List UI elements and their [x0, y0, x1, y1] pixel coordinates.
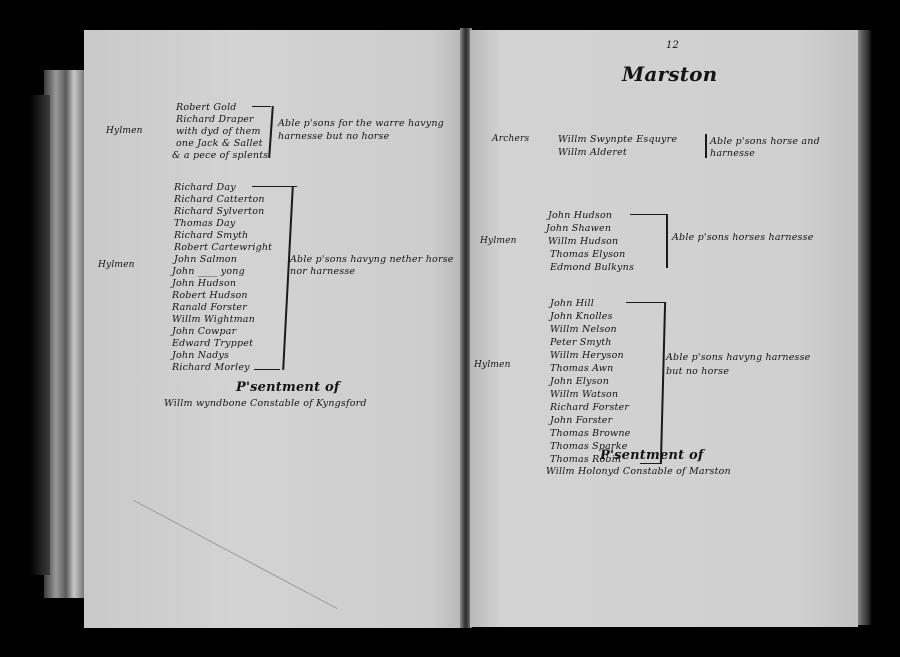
margin-label: Hylmen	[106, 126, 143, 136]
name-line: Willm Hudson	[548, 236, 618, 247]
name-line: & a pece of splents	[172, 150, 268, 161]
bracket-line	[705, 134, 707, 158]
name-line: Edward Tryppet	[172, 338, 253, 349]
bracket-line	[282, 186, 293, 370]
page-edge-shadow	[30, 95, 50, 575]
name-line: one Jack & Sallet	[176, 138, 263, 149]
bracket	[626, 302, 665, 303]
note-line: Able p'sons havyng nether horse	[290, 254, 454, 265]
name-line: John Hudson	[548, 210, 612, 221]
name-line: with dyd of them	[176, 126, 261, 137]
bracket	[254, 369, 280, 370]
name-line: John Elyson	[550, 376, 609, 387]
name-line: Willm Wightman	[172, 314, 255, 325]
bracket	[630, 214, 667, 215]
note-line: but no horse	[666, 366, 729, 377]
note-line: nor harnesse	[290, 266, 355, 277]
name-line: Richard Day	[174, 182, 236, 193]
bracket-line	[660, 302, 666, 464]
name-line: Richard Forster	[550, 402, 629, 413]
name-line: Willm Swynpte Esquyre	[558, 134, 677, 145]
name-line: Willm Heryson	[550, 350, 624, 361]
name-line: Willm Watson	[550, 389, 618, 400]
bracket	[640, 463, 661, 464]
bracket	[252, 106, 271, 107]
note-line: harnesse	[710, 148, 755, 159]
name-line: Thomas Elyson	[550, 249, 625, 260]
bracket-line	[666, 214, 668, 268]
note-line: Able p'sons horse and	[710, 136, 820, 147]
name-line: John Forster	[550, 415, 612, 426]
right-page: 12 Marston Archers Willm Swynpte Esquyre…	[470, 30, 858, 627]
paper-crease	[134, 500, 338, 609]
constable-line: Willm wyndbone Constable of Kyngsford	[164, 398, 367, 409]
name-line: Thomas Awn	[550, 363, 613, 374]
name-line: Willm Nelson	[550, 324, 617, 335]
note-line: Able p'sons horses harnesse	[672, 232, 814, 243]
name-line: Edmond Bulkyns	[550, 262, 634, 273]
name-line: Richard Sylverton	[174, 206, 264, 217]
margin-label: Archers	[492, 134, 529, 144]
name-line: Ranald Forster	[172, 302, 247, 313]
margin-label: Hylmen	[98, 260, 135, 270]
name-line: John Hudson	[172, 278, 236, 289]
name-line: John Nadys	[172, 350, 229, 361]
presentment-heading: P'sentment of	[600, 448, 704, 463]
page-edge-stack	[44, 70, 84, 598]
margin-label: Hylmen	[474, 360, 511, 370]
note-line: Able p'sons havyng harnesse	[666, 352, 811, 363]
name-line: Richard Catterton	[174, 194, 265, 205]
bracket	[252, 186, 297, 187]
name-line: John Salmon	[174, 254, 237, 265]
name-line: Peter Smyth	[550, 337, 612, 348]
right-edge-stack	[856, 30, 872, 625]
name-line: John ____ yong	[172, 266, 245, 277]
name-line: Richard Smyth	[174, 230, 248, 241]
note-line: Able p'sons for the warre havyng	[278, 118, 444, 129]
page-number: 12	[666, 40, 679, 51]
name-line: Robert Gold	[176, 102, 237, 113]
bracket-line	[268, 106, 273, 158]
name-line: Robert Hudson	[172, 290, 248, 301]
name-line: Richard Draper	[176, 114, 254, 125]
name-line: John Shawen	[546, 223, 611, 234]
left-page: Hylmen Robert Gold Richard Draper with d…	[84, 30, 462, 628]
name-line: Willm Alderet	[558, 147, 627, 158]
township-title: Marston	[622, 62, 717, 86]
margin-label: Hylmen	[480, 236, 517, 246]
constable-line: Willm Holonyd Constable of Marston	[546, 466, 731, 477]
name-line: John Knolles	[550, 311, 613, 322]
note-line: harnesse but no horse	[278, 131, 389, 142]
presentment-heading: P'sentment of	[236, 380, 340, 395]
name-line: Thomas Day	[174, 218, 235, 229]
name-line: Thomas Browne	[550, 428, 630, 439]
name-line: John Hill	[550, 298, 594, 309]
name-line: John Cowpar	[172, 326, 236, 337]
name-line: Richard Morley	[172, 362, 250, 373]
name-line: Robert Cartewright	[174, 242, 272, 253]
